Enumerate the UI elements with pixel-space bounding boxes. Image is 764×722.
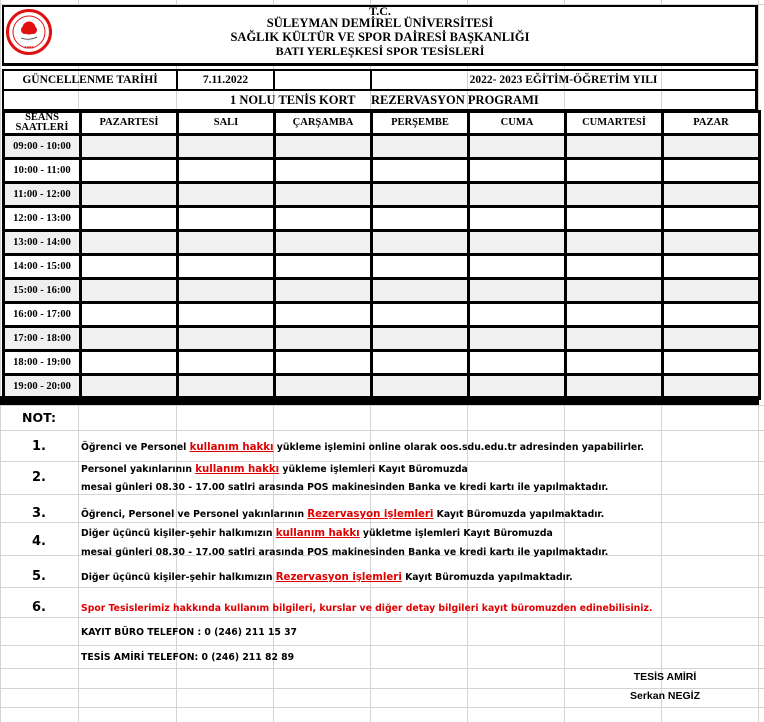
note-text-line: Diğer üçüncü kişiler-şehir halkımızın Re… xyxy=(81,570,761,585)
day-header-çarşamba: ÇARŞAMBA xyxy=(275,112,372,135)
reservation-cell[interactable] xyxy=(663,351,760,375)
note-text-line: Diğer üçüncü kişiler-şehir halkımızın ku… xyxy=(81,526,761,541)
time-slot-row: 11:00 - 12:00 xyxy=(4,183,760,207)
reservation-cell[interactable] xyxy=(178,255,275,279)
reservation-cell[interactable] xyxy=(663,207,760,231)
reservation-cell[interactable] xyxy=(566,135,663,159)
academic-year: 2022- 2023 EĞİTİM-ÖĞRETİM YILI xyxy=(372,71,755,89)
time-slot-row: 12:00 - 13:00 xyxy=(4,207,760,231)
note-number: 6. xyxy=(0,600,78,615)
highlighted-link-text[interactable]: Rezervasyon işlemleri xyxy=(307,509,433,520)
reservation-cell[interactable] xyxy=(81,159,178,183)
reservation-cell[interactable] xyxy=(275,279,372,303)
reservation-cell[interactable] xyxy=(663,255,760,279)
reservation-cell[interactable] xyxy=(663,303,760,327)
reservation-cell[interactable] xyxy=(178,375,275,399)
note-text-segment: mesai günleri 08.30 - 17.00 satlri arası… xyxy=(81,547,608,558)
reservation-cell[interactable] xyxy=(178,207,275,231)
reservation-cell[interactable] xyxy=(469,231,566,255)
note-text-segment: mesai günleri 08.30 - 17.00 satlri arası… xyxy=(81,482,608,493)
reservation-cell[interactable] xyxy=(469,375,566,399)
reservation-cell[interactable] xyxy=(566,207,663,231)
note-text-segment: Öğrenci ve Personel xyxy=(81,442,190,453)
reservation-cell[interactable] xyxy=(469,183,566,207)
time-slot-row: 15:00 - 16:00 xyxy=(4,279,760,303)
time-slot-row: 14:00 - 15:00 xyxy=(4,255,760,279)
highlighted-link-text[interactable]: kullanım hakkı xyxy=(195,464,279,475)
time-slot-row: 13:00 - 14:00 xyxy=(4,231,760,255)
note-number: 2. xyxy=(0,470,78,485)
reservation-cell[interactable] xyxy=(566,159,663,183)
reservation-cell[interactable] xyxy=(81,231,178,255)
reservation-cell[interactable] xyxy=(275,231,372,255)
reservation-cell[interactable] xyxy=(469,135,566,159)
reservation-cell[interactable] xyxy=(372,135,469,159)
signature-name: Serkan NEGİZ xyxy=(605,690,725,702)
time-slot-label: 15:00 - 16:00 xyxy=(4,279,81,303)
note-text-segment: Spor Tesislerimiz hakkında kullanım bilg… xyxy=(81,603,652,614)
time-slot-label: 10:00 - 11:00 xyxy=(4,159,81,183)
note-text-line: Öğrenci ve Personel kullanım hakkı yükle… xyxy=(81,440,761,455)
note-number: 5. xyxy=(0,569,78,584)
note-text-segment: Öğrenci, Personel ve Personel yakınların… xyxy=(81,509,307,520)
reservation-cell[interactable] xyxy=(372,183,469,207)
reservation-cell[interactable] xyxy=(469,303,566,327)
court-name: 1 NOLU TENİS KORT xyxy=(230,93,355,108)
reservation-cell[interactable] xyxy=(178,327,275,351)
university-seal-icon: 1992 xyxy=(6,9,52,55)
note-text-line: mesai günleri 08.30 - 17.00 satlri arası… xyxy=(81,480,761,495)
day-header-pazar: PAZAR xyxy=(663,112,760,135)
empty-info-cell xyxy=(275,71,372,89)
note-text-line: Spor Tesislerimiz hakkında kullanım bilg… xyxy=(81,601,761,616)
reservation-cell[interactable] xyxy=(275,375,372,399)
reservation-cell[interactable] xyxy=(372,159,469,183)
registration-office-phone: KAYIT BÜRO TELEFON : 0 (246) 211 15 37 xyxy=(81,625,761,640)
update-date-label: GÜNCELLENME TARİHİ xyxy=(4,71,178,89)
reservation-cell[interactable] xyxy=(178,183,275,207)
note-text-segment: yükleme işlemini online olarak oos.sdu.e… xyxy=(274,442,645,453)
reservation-cell[interactable] xyxy=(275,159,372,183)
facility-manager-phone: TESİS AMİRİ TELEFON: 0 (246) 211 82 89 xyxy=(81,650,761,665)
reservation-schedule-table: SEANSSAATLERİ PAZARTESİSALIÇARŞAMBAPERŞE… xyxy=(2,110,761,400)
reservation-cell[interactable] xyxy=(566,327,663,351)
time-slot-row: 19:00 - 20:00 xyxy=(4,375,760,399)
reservation-cell[interactable] xyxy=(275,303,372,327)
time-slot-label: 14:00 - 15:00 xyxy=(4,255,81,279)
reservation-cell[interactable] xyxy=(566,375,663,399)
reservation-cell[interactable] xyxy=(275,207,372,231)
reservation-cell[interactable] xyxy=(566,351,663,375)
reservation-cell[interactable] xyxy=(469,279,566,303)
reservation-cell[interactable] xyxy=(81,207,178,231)
note-text-segment: yükleme işlemleri Kayıt Büromuzda xyxy=(279,464,468,475)
note-number: 1. xyxy=(0,439,78,454)
schedule-title-row: 1 NOLU TENİS KORT REZERVASYON PROGRAMI xyxy=(2,91,758,111)
note-text-segment: Diğer üçüncü kişiler-şehir halkımızın xyxy=(81,572,276,583)
reservation-cell[interactable] xyxy=(81,303,178,327)
time-slot-label: 19:00 - 20:00 xyxy=(4,375,81,399)
reservation-cell[interactable] xyxy=(469,351,566,375)
reservation-cell[interactable] xyxy=(566,303,663,327)
time-slot-label: 13:00 - 14:00 xyxy=(4,231,81,255)
time-slot-label: 12:00 - 13:00 xyxy=(4,207,81,231)
reservation-cell[interactable] xyxy=(178,279,275,303)
day-header-cuma: CUMA xyxy=(469,112,566,135)
reservation-cell[interactable] xyxy=(663,375,760,399)
reservation-cell[interactable] xyxy=(566,231,663,255)
time-slot-row: 09:00 - 10:00 xyxy=(4,135,760,159)
note-text-segment: yükletme işlemleri Kayıt Büromuzda xyxy=(360,528,553,539)
reservation-cell[interactable] xyxy=(469,255,566,279)
time-slot-row: 16:00 - 17:00 xyxy=(4,303,760,327)
time-slot-label: 17:00 - 18:00 xyxy=(4,327,81,351)
reservation-cell[interactable] xyxy=(372,255,469,279)
note-text-segment: Kayıt Büromuzda yapılmaktadır. xyxy=(433,509,604,520)
highlighted-link-text[interactable]: kullanım hakkı xyxy=(276,528,360,539)
note-text-line: Personel yakınlarının kullanım hakkı yük… xyxy=(81,462,761,477)
reservation-cell[interactable] xyxy=(275,135,372,159)
reservation-cell[interactable] xyxy=(469,159,566,183)
reservation-cell[interactable] xyxy=(81,279,178,303)
note-number: 3. xyxy=(0,506,78,521)
note-text-segment: Diğer üçüncü kişiler-şehir halkımızın xyxy=(81,528,276,539)
reservation-cell[interactable] xyxy=(372,327,469,351)
day-header-pazartesi̇: PAZARTESİ xyxy=(81,112,178,135)
highlighted-link-text[interactable]: kullanım hakkı xyxy=(190,442,274,453)
time-slot-label: 09:00 - 10:00 xyxy=(4,135,81,159)
reservation-cell[interactable] xyxy=(178,231,275,255)
notes-label: NOT: xyxy=(0,410,78,425)
time-slot-row: 17:00 - 18:00 xyxy=(4,327,760,351)
reservation-cell[interactable] xyxy=(81,351,178,375)
reservation-cell[interactable] xyxy=(372,303,469,327)
time-slot-row: 10:00 - 11:00 xyxy=(4,159,760,183)
program-title: REZERVASYON PROGRAMI xyxy=(371,93,539,108)
reservation-cell[interactable] xyxy=(663,159,760,183)
reservation-cell[interactable] xyxy=(372,207,469,231)
header-department: SAĞLIK KÜLTÜR VE SPOR DAİRESİ BAŞKANLIĞI xyxy=(80,30,680,44)
reservation-cell[interactable] xyxy=(663,279,760,303)
svg-text:1992: 1992 xyxy=(25,45,35,50)
header-university: SÜLEYMAN DEMİREL ÜNİVERSİTESİ xyxy=(80,16,680,30)
reservation-cell[interactable] xyxy=(663,327,760,351)
reservation-cell[interactable] xyxy=(663,135,760,159)
reservation-cell[interactable] xyxy=(663,183,760,207)
reservation-cell[interactable] xyxy=(566,255,663,279)
day-header-sali: SALI xyxy=(178,112,275,135)
reservation-cell[interactable] xyxy=(81,327,178,351)
reservation-cell[interactable] xyxy=(275,255,372,279)
schedule-bottom-border xyxy=(0,396,759,405)
reservation-cell[interactable] xyxy=(275,183,372,207)
time-slot-label: 18:00 - 19:00 xyxy=(4,351,81,375)
reservation-cell[interactable] xyxy=(178,159,275,183)
note-text-line: mesai günleri 08.30 - 17.00 satlri arası… xyxy=(81,545,761,560)
info-row: GÜNCELLENME TARİHİ 7.11.2022 2022- 2023 … xyxy=(2,69,758,91)
reservation-cell[interactable] xyxy=(178,351,275,375)
note-number: 4. xyxy=(0,534,78,549)
reservation-cell[interactable] xyxy=(372,231,469,255)
reservation-cell[interactable] xyxy=(81,255,178,279)
reservation-cell[interactable] xyxy=(372,279,469,303)
highlighted-link-text[interactable]: Rezervasyon işlemleri xyxy=(276,572,402,583)
reservation-cell[interactable] xyxy=(663,231,760,255)
reservation-cell[interactable] xyxy=(469,327,566,351)
note-text-line: Öğrenci, Personel ve Personel yakınların… xyxy=(81,507,761,522)
note-text-segment: Kayıt Büromuzda yapılmaktadır. xyxy=(402,572,573,583)
signature-title: TESİS AMİRİ xyxy=(605,671,725,683)
reservation-cell[interactable] xyxy=(566,279,663,303)
day-header-cumartesi̇: CUMARTESİ xyxy=(566,112,663,135)
session-hours-header: SEANSSAATLERİ xyxy=(4,112,81,135)
reservation-cell[interactable] xyxy=(81,135,178,159)
reservation-cell[interactable] xyxy=(372,375,469,399)
header-facility: BATI YERLEŞKESİ SPOR TESİSLERİ xyxy=(80,44,680,58)
reservation-cell[interactable] xyxy=(372,351,469,375)
reservation-cell[interactable] xyxy=(178,135,275,159)
time-slot-row: 18:00 - 19:00 xyxy=(4,351,760,375)
reservation-cell[interactable] xyxy=(469,207,566,231)
update-date-value: 7.11.2022 xyxy=(178,71,275,89)
time-slot-label: 16:00 - 17:00 xyxy=(4,303,81,327)
time-slot-label: 11:00 - 12:00 xyxy=(4,183,81,207)
reservation-cell[interactable] xyxy=(566,183,663,207)
reservation-cell[interactable] xyxy=(81,375,178,399)
day-header-perşembe: PERŞEMBE xyxy=(372,112,469,135)
reservation-cell[interactable] xyxy=(275,327,372,351)
reservation-cell[interactable] xyxy=(178,303,275,327)
note-text-segment: Personel yakınlarının xyxy=(81,464,195,475)
reservation-cell[interactable] xyxy=(275,351,372,375)
reservation-cell[interactable] xyxy=(81,183,178,207)
